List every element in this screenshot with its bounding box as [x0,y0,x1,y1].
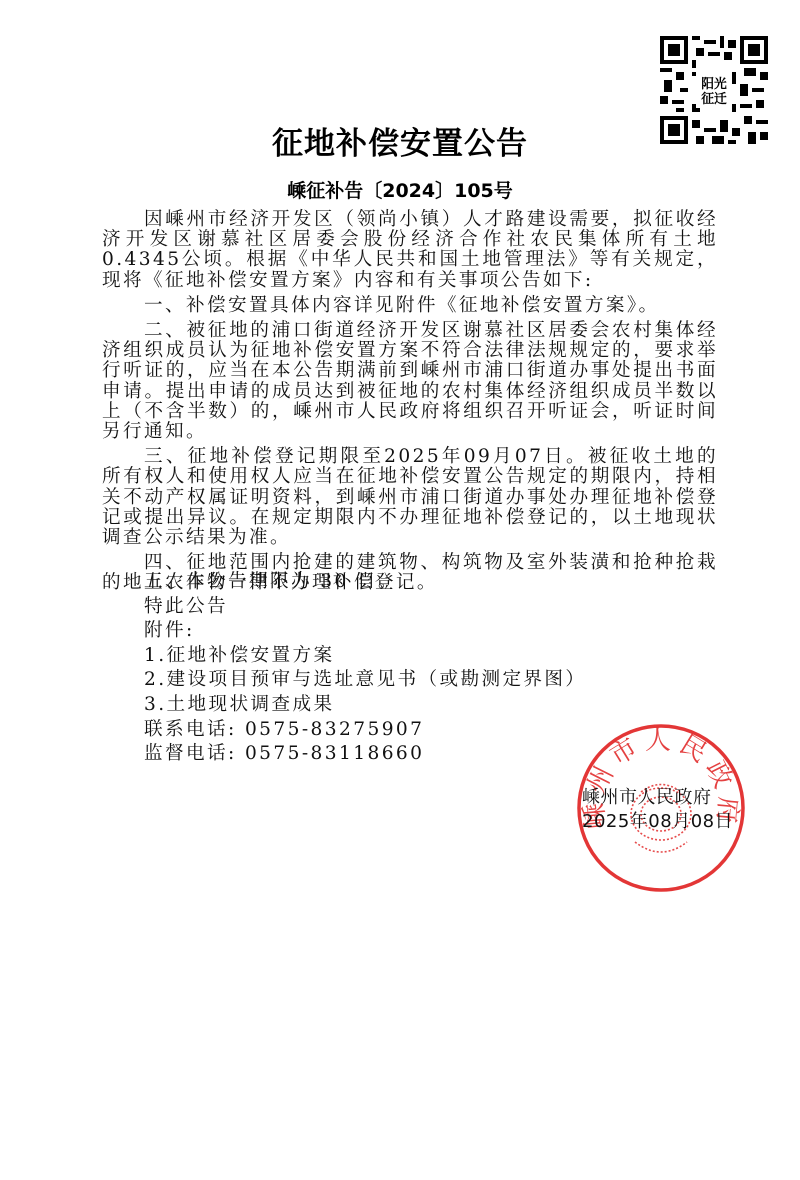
item-5: 五、本公告期限为 30 日。 [144,570,586,595]
qr-label-line1: 阳光 [701,76,727,92]
issuer-name: 嵊州市人民政府 [582,786,733,810]
item-2: 二、被征地的浦口街道经济开发区谢慕社区居委会农村集体经济组织成员认为征地补偿安置… [102,321,718,442]
contact-phone: 联系电话: 0575-83275907 [144,718,586,743]
closing-text: 特此公告 [144,595,586,620]
attachments-label: 附件: [144,619,586,644]
document-number: 嵊征补告〔2024〕105号 [0,176,800,203]
closing-section: 五、本公告期限为 30 日。 特此公告 附件: 1.征地补偿安置方案 2.建设项… [144,570,586,767]
qr-label-line2: 征迁 [701,91,727,107]
attachment-3: 3.土地现状调查成果 [144,693,586,718]
notice-body: 因嵊州市经济开发区（领尚小镇）人才路建设需要，拟征收经济开发区谢慕社区居委会股份… [102,210,718,599]
item-1: 一、补偿安置具体内容详见附件《征地补偿安置方案》。 [102,296,718,316]
supervision-phone: 监督电话: 0575-83118660 [144,742,586,767]
attachment-2: 2.建设项目预审与选址意见书（或勘测定界图） [144,668,586,693]
attachment-1: 1.征地补偿安置方案 [144,644,586,669]
item-3: 三、征地补偿登记期限至2025年09月07日。被征收土地的所有权人和使用权人应当… [102,447,718,548]
intro-paragraph: 因嵊州市经济开发区（领尚小镇）人才路建设需要，拟征收经济开发区谢慕社区居委会股份… [102,210,718,291]
signature-block: 嵊州市人民政府 2025年08月08日 [582,786,733,834]
notice-title: 征地补偿安置公告 [0,118,800,163]
issue-date: 2025年08月08日 [582,810,733,834]
